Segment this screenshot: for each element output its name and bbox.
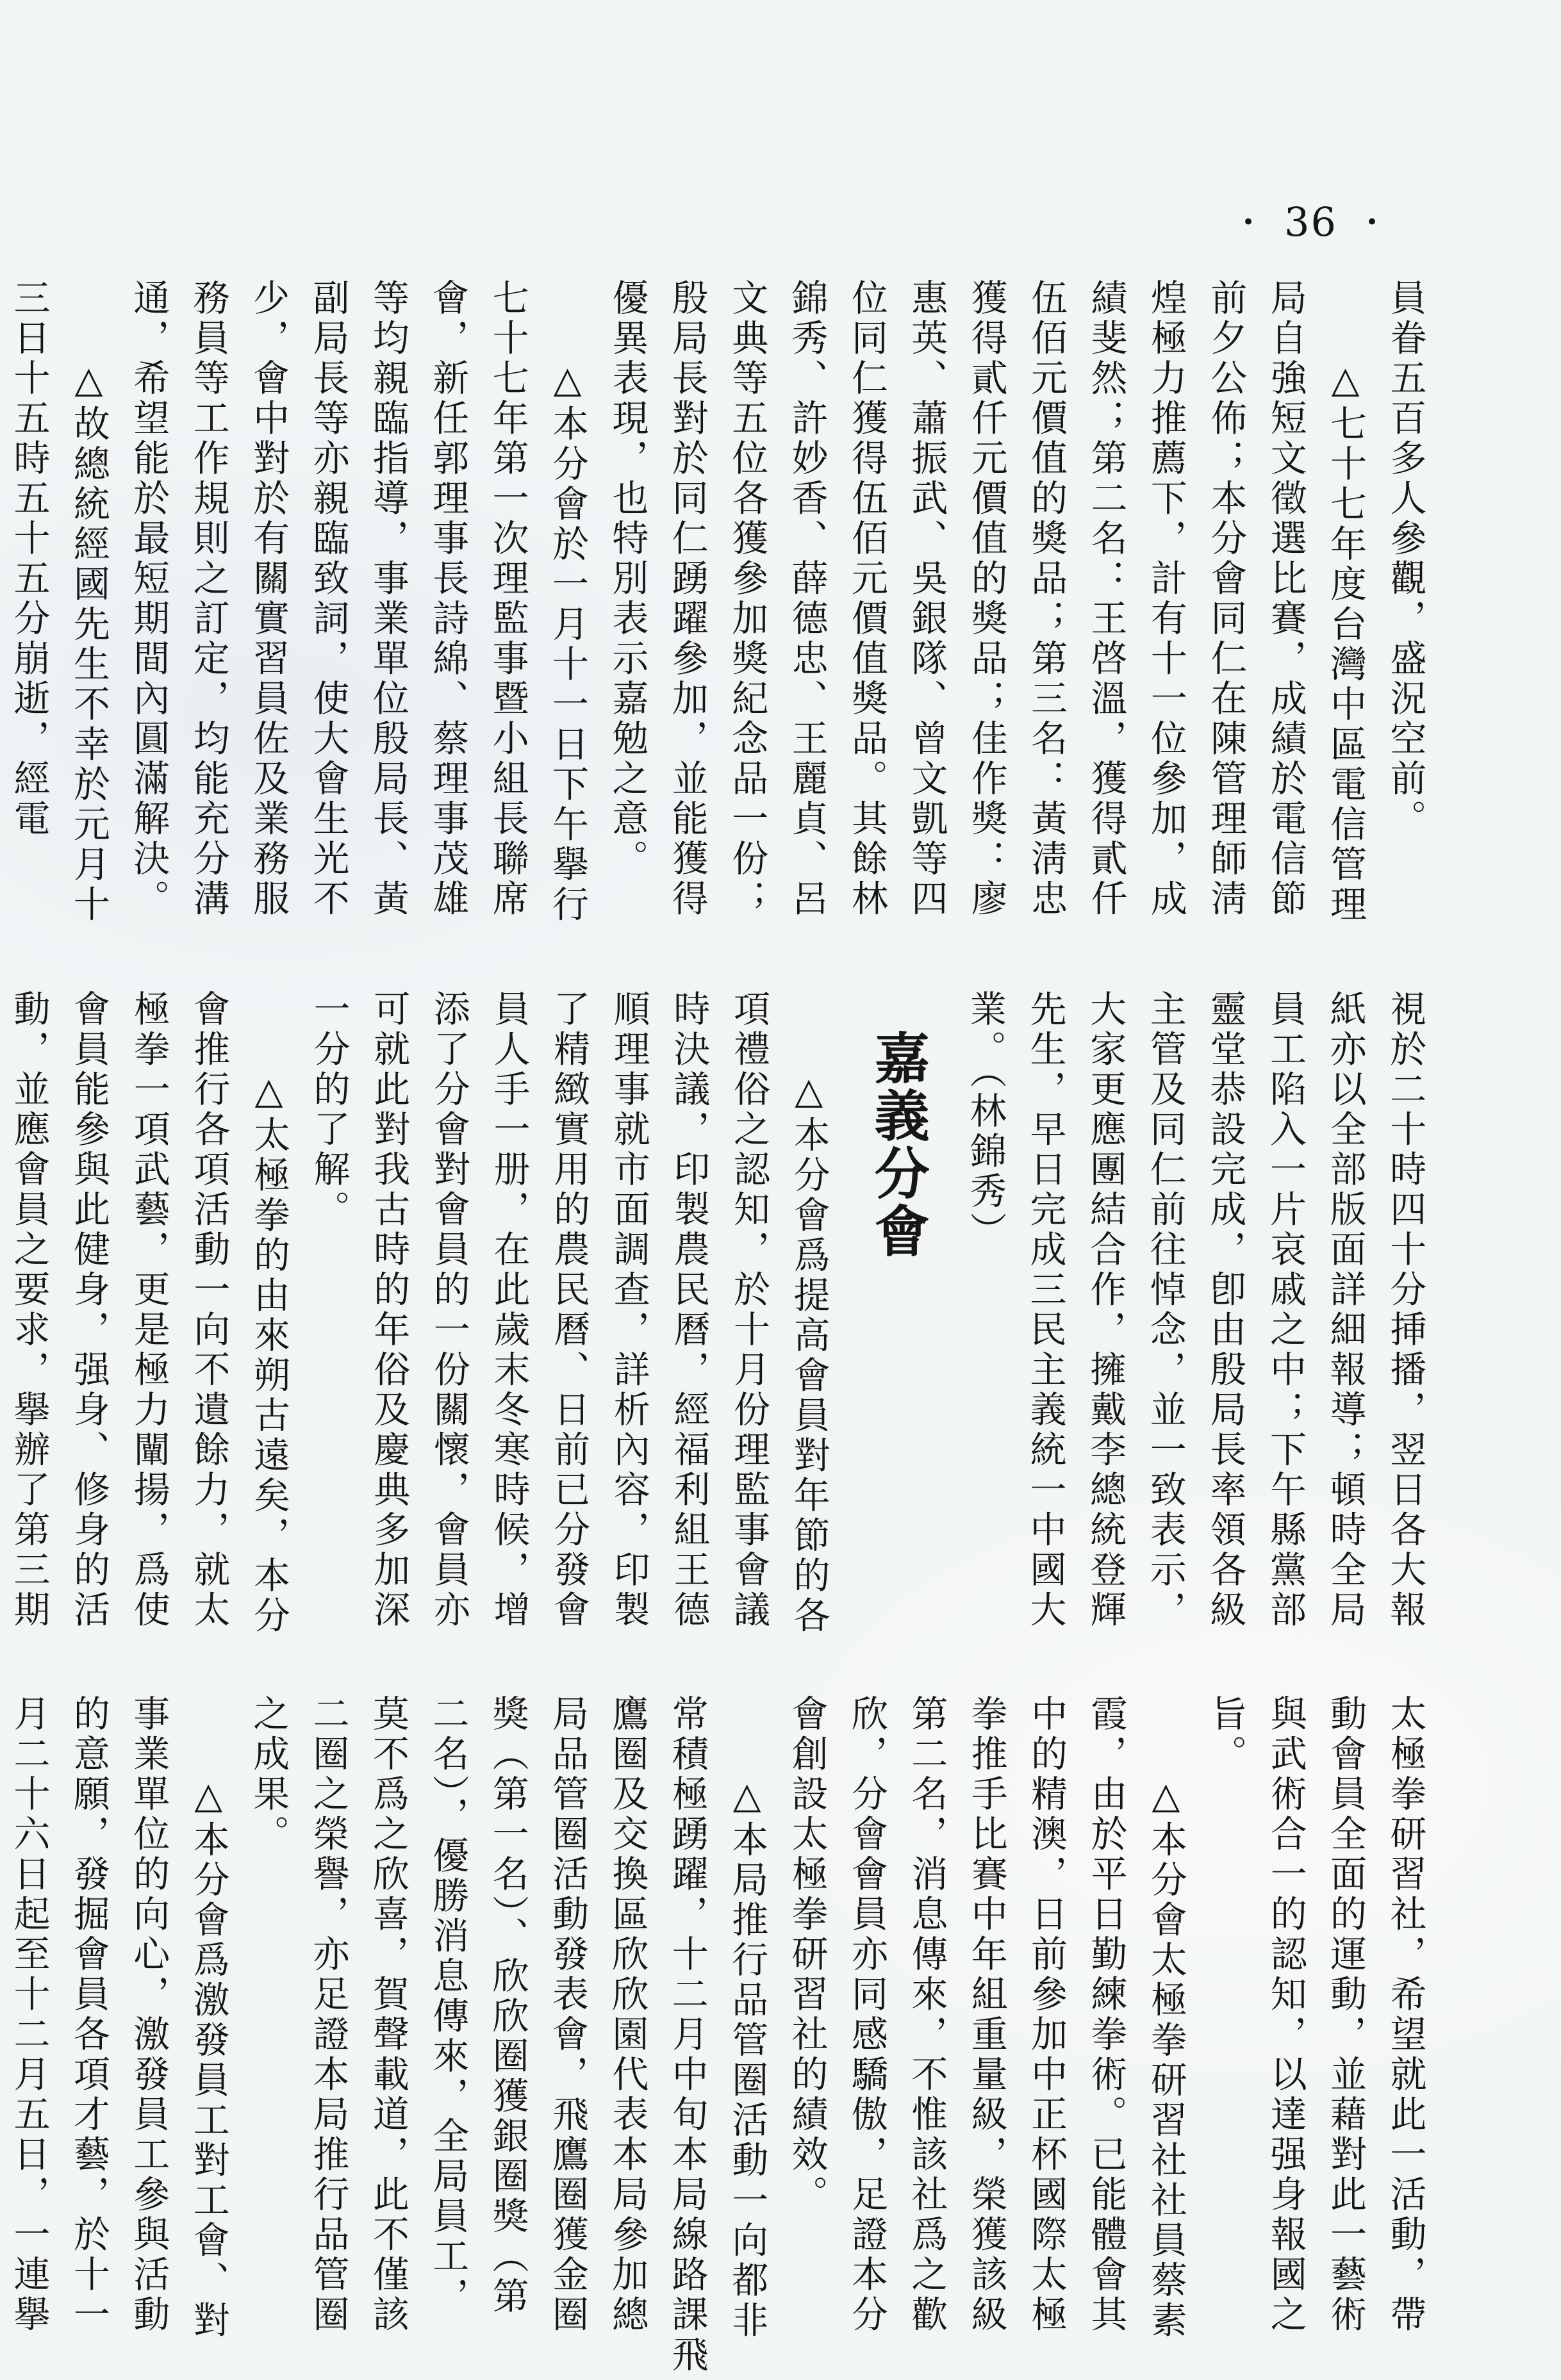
text-column: 二名），優勝消息傳來，全局員工， bbox=[428, 1695, 468, 2380]
page-number-dot-left: • bbox=[1242, 211, 1256, 233]
text-column: 中的精澳，日前參加中正杯國際太極 bbox=[1027, 1695, 1066, 2380]
text-column: 員人手一册，在此歲末冬寒時候，增 bbox=[489, 990, 529, 1675]
text-column: △本局推行品管圈活動一向都非 bbox=[727, 1695, 767, 2380]
text-column: 一分的了解。 bbox=[309, 990, 349, 1675]
text-column: 鷹圈及交換區欣欣園代表本局參加總 bbox=[607, 1695, 647, 2380]
text-column: 添了分會對會員的一份關懷，會員亦 bbox=[429, 990, 468, 1675]
text-column: △太極拳的由來朔古遠矣，本分 bbox=[249, 990, 289, 1675]
text-column: 時決議，印製農民曆，經福利組王德 bbox=[669, 990, 709, 1675]
text-column: 了精緻實用的農民曆、日前已分發會 bbox=[549, 990, 589, 1675]
text-column: 與武術合一的認知，以達强身報國之 bbox=[1266, 1695, 1305, 2380]
text-column: 績斐然；第二名：王啓溫，獲得貳仟 bbox=[1086, 279, 1126, 964]
text-column: 通，希望能於最短期間內圓滿解決。 bbox=[129, 279, 169, 964]
scanned-page: • 36 • 員眷五百多人參觀，盛況空前。 △七十七年度台灣中區電信管理 局自強… bbox=[0, 0, 1561, 2380]
text-column: 獎（第一名）、欣欣圈獲銀圈獎（第 bbox=[488, 1695, 527, 2380]
text-column: 伍佰元價值的獎品；第三名：黃淸忠 bbox=[1027, 279, 1066, 964]
text-column: 局自強短文徵選比賽，成績於電信節 bbox=[1266, 279, 1305, 964]
text-column: △本分會於一月十一日下午擧行 bbox=[548, 279, 588, 964]
text-column: 位同仁獲得伍佰元價值獎品。其餘林 bbox=[847, 279, 886, 964]
text-column: 局品管圈活動發表會，飛鷹圈獲金圈 bbox=[548, 1695, 588, 2380]
text-column: 會員能參與此健身，强身、修身的活 bbox=[69, 990, 109, 1675]
text-column: 事業單位的向心，激發員工參與活動 bbox=[129, 1695, 169, 2380]
text-column: 務員等工作規則之訂定，均能充分溝 bbox=[188, 279, 228, 964]
text-column: 動，並應會員之要求，擧辦了第三期 bbox=[9, 990, 49, 1675]
text-column: △本分會太極拳研習社社員蔡素 bbox=[1146, 1695, 1185, 2380]
text-column: 七十七年第一次理監事暨小組長聯席 bbox=[488, 279, 527, 964]
text-column: 太極拳研習社，希望就此一活動，帶 bbox=[1385, 1695, 1425, 2380]
text-column: 會創設太極拳研習社的績效。 bbox=[787, 1695, 827, 2380]
text-column: 莫不爲之欣喜，賀聲載道，此不僅該 bbox=[368, 1695, 408, 2380]
text-column: △七十七年度台灣中區電信管理 bbox=[1326, 279, 1366, 964]
section-heading-jiayi-branch: 嘉義分會 bbox=[849, 990, 945, 1675]
text-column: 錦秀、許妙香、薛德忠、王麗貞、呂 bbox=[787, 279, 827, 964]
text-column: 優異表現，也特別表示嘉勉之意。 bbox=[607, 279, 647, 964]
text-column: 常積極踴躍，十二月中旬本局線路課飛 bbox=[667, 1695, 707, 2380]
text-column: 欣，分會會員亦同感驕傲，足證本分 bbox=[847, 1695, 886, 2380]
text-column: 前夕公佈；本分會同仁在陳管理師淸 bbox=[1206, 279, 1246, 964]
text-column: △故總統經國先生不幸於元月十 bbox=[69, 279, 108, 964]
text-column: 三日十五時五十五分崩逝，經電 bbox=[9, 279, 49, 964]
text-column: 之成果。 bbox=[249, 1695, 288, 2380]
text-column: 殷局長對於同仁踴躍參加，並能獲得 bbox=[667, 279, 707, 964]
text-column: 二圈之榮譽，亦足證本局推行品管圈 bbox=[308, 1695, 348, 2380]
text-column: 員工陷入一片哀戚之中；下午縣黨部 bbox=[1266, 990, 1305, 1675]
text-band-bottom: 太極拳研習社，希望就此一活動，帶 動會員全面的運動，並藉對此一藝術 與武術合一的… bbox=[9, 1695, 1425, 2380]
page-number: • 36 • bbox=[1242, 199, 1380, 245]
text-column: 等均親臨指導，事業單位殷局長、黃 bbox=[368, 279, 408, 964]
page-number-dot-right: • bbox=[1366, 211, 1380, 233]
text-column: 拳推手比賽中年組重量級，榮獲該級 bbox=[966, 1695, 1006, 2380]
text-column: 可就此對我古時的年俗及慶典多加深 bbox=[369, 990, 409, 1675]
text-column: 的意願，發掘會員各項才藝，於十一 bbox=[69, 1695, 108, 2380]
text-column: 獲得貳仟元價值的獎品；佳作獎：廖 bbox=[966, 279, 1006, 964]
text-column: 副局長等亦親臨致詞，使大會生光不 bbox=[308, 279, 348, 964]
text-column: 月二十六日起至十二月五日，一連擧 bbox=[9, 1695, 49, 2380]
text-column: 視於二十時四十分挿播，翌日各大報 bbox=[1385, 990, 1425, 1675]
text-column: 會推行各項活動一向不遺餘力，就太 bbox=[189, 990, 229, 1675]
text-column: 順理事就市面調查，詳析內容，印製 bbox=[609, 990, 648, 1675]
text-column: 靈堂恭設完成，卽由殷局長率領各級 bbox=[1205, 990, 1245, 1675]
text-column: 大家更應團結合作，擁戴李總統登輝 bbox=[1086, 990, 1125, 1675]
page-number-value: 36 bbox=[1284, 199, 1337, 245]
text-column: 煌極力推薦下，計有十一位參加，成 bbox=[1146, 279, 1185, 964]
text-column: △本分會爲激發員工對工會、對 bbox=[188, 1695, 228, 2380]
text-column: 主管及同仁前往悼念，並一致表示， bbox=[1145, 990, 1185, 1675]
text-band-top: 員眷五百多人參觀，盛況空前。 △七十七年度台灣中區電信管理 局自強短文徵選比賽，… bbox=[9, 279, 1425, 964]
text-column: 先生，早日完成三民主義統一中國大 bbox=[1025, 990, 1065, 1675]
text-column: 極拳一項武藝，更是極力闡揚，爲使 bbox=[129, 990, 169, 1675]
text-column: 員眷五百多人參觀，盛況空前。 bbox=[1385, 279, 1425, 964]
text-column: 動會員全面的運動，並藉對此一藝術 bbox=[1326, 1695, 1366, 2380]
text-column: 紙亦以全部版面詳細報導；頓時全局 bbox=[1325, 990, 1365, 1675]
text-column: 業。（林錦秀） bbox=[965, 990, 1005, 1675]
text-column: 少，會中對於有關實習員佐及業務服 bbox=[249, 279, 288, 964]
text-column: 會，新任郭理事長詩綿、蔡理事茂雄 bbox=[428, 279, 468, 964]
text-column: △本分會爲提高會員對年節的各 bbox=[789, 990, 829, 1675]
text-band-middle: 視於二十時四十分挿播，翌日各大報 紙亦以全部版面詳細報導；頓時全局 員工陷入一片… bbox=[9, 990, 1425, 1675]
text-column: 旨。 bbox=[1206, 1695, 1246, 2380]
text-column: 霞，由於平日勤練拳術。已能體會其 bbox=[1086, 1695, 1126, 2380]
text-column: 文典等五位各獲參加獎紀念品一份； bbox=[727, 279, 767, 964]
text-column: 惠英、蕭振武、吳銀隊、曾文凱等四 bbox=[907, 279, 946, 964]
text-column: 第二名，消息傳來，不惟該社爲之歡 bbox=[907, 1695, 946, 2380]
text-column: 項禮俗之認知，於十月份理監事會議 bbox=[729, 990, 769, 1675]
